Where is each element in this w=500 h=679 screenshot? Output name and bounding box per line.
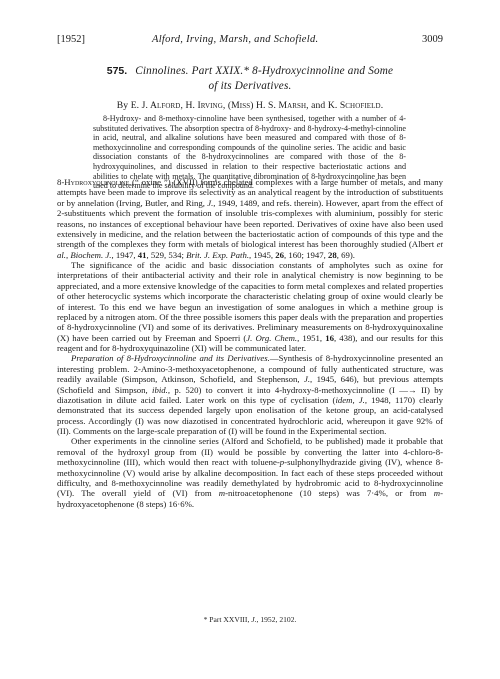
paragraph-2: The significance of the acidic and basic…: [57, 260, 443, 353]
paragraph-3: Preparation of 8-Hydroxycinnoline and it…: [57, 353, 443, 436]
running-head: [1952] Alford, Irving, Marsh, and Schofi…: [57, 33, 443, 47]
article-number: 575.: [107, 65, 127, 77]
idem: idem, J.: [335, 395, 364, 405]
title-text-2: of its Derivatives.: [208, 80, 291, 92]
byline: By E. J. Alford, H. Irving, (Miss) H. S.…: [60, 99, 440, 112]
paragraph-4: Other experiments in the cinnoline serie…: [57, 436, 443, 509]
text-run: , 1951,: [297, 333, 325, 343]
journal-page: [1952] Alford, Irving, Marsh, and Schofi…: [0, 0, 500, 679]
journal-ref: Brit. J. Exp. Path.: [186, 250, 249, 260]
footnote: * Part XXVIII, J., 1952, 2102.: [57, 615, 443, 625]
text-run: The significance of the acidic and basic…: [57, 260, 443, 343]
author-schofield: K. Schofield: [328, 100, 381, 111]
ibid: ibid.: [152, 385, 168, 395]
text-run: , 1947,: [111, 250, 137, 260]
author-alford: E. J. Alford: [131, 100, 181, 111]
byline-separator: , and: [306, 100, 328, 111]
text-run: -nitroacetophenone (10 steps) was 7·4%, …: [225, 488, 434, 498]
footnote-text: , 1952, 2102.: [257, 615, 297, 624]
journal-ref: Biochem. J.: [70, 250, 111, 260]
volume-number: 28: [328, 250, 337, 260]
volume-number: 16: [325, 333, 334, 343]
title-line-2: of its Derivatives.: [60, 79, 440, 94]
footnote-text: * Part XXVIII,: [204, 615, 252, 624]
text-run: , 529, 534;: [146, 250, 186, 260]
article-body: 8-Hydroxyquinoline (“ oxine ”) (XVII) fo…: [57, 177, 443, 509]
volume-number: 26: [275, 250, 284, 260]
author-marsh: (Miss) H. S. Marsh: [228, 100, 306, 111]
page-number: 3009: [422, 33, 443, 47]
journal-ref: J. Org. Chem.: [246, 333, 297, 343]
section-heading: Preparation of 8-Hydroxycinnoline and it…: [71, 353, 270, 363]
text-run: , 1945,: [249, 250, 275, 260]
text-run: , 69).: [337, 250, 355, 260]
title-line-1: 575.Cinnolines. Part XXIX.* 8-Hydroxycin…: [60, 64, 440, 79]
paragraph-1: 8-Hydroxyquinoline (“ oxine ”) (XVII) fo…: [57, 177, 443, 260]
lead-in: 8-Hydroxyquinoline: [57, 177, 129, 187]
journal-year: [1952]: [57, 33, 85, 47]
author-irving: H. Irving: [185, 100, 222, 111]
article-title: 575.Cinnolines. Part XXIX.* 8-Hydroxycin…: [60, 64, 440, 94]
byline-end: .: [381, 100, 384, 111]
title-text-1: Cinnolines. Part XXIX.* 8-Hydroxycinnoli…: [135, 65, 393, 77]
running-head-authors: Alford, Irving, Marsh, and Schofield.: [152, 33, 318, 47]
text-run: , 160; 1947,: [284, 250, 328, 260]
byline-by: By: [117, 100, 131, 111]
